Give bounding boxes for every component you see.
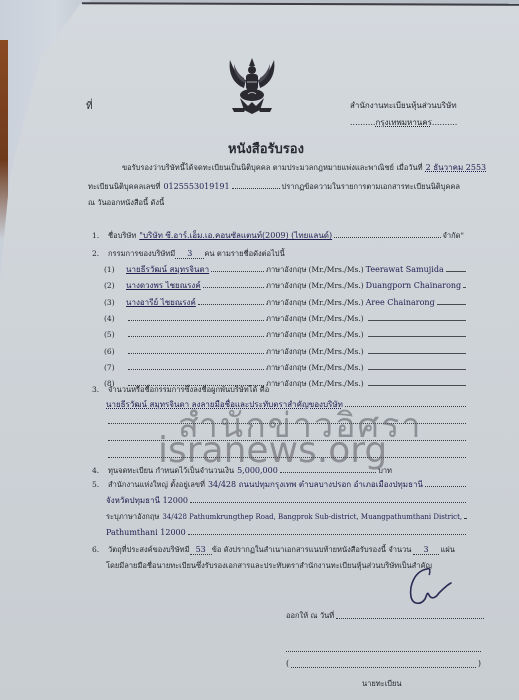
head-office-thai-line-1: 34/428 ถนนปทุมกรุงเทพ ตำบลบางปรอก อำเภอเ… [208, 478, 423, 491]
issued-date-row: ออกให้ ณ วันที่ [286, 610, 486, 622]
director-thai-name: นายธีรวัฒน์ สมุทรจินดา [126, 263, 209, 276]
director-count: 3 [175, 249, 204, 259]
item-company-name: 1. ชื่อบริษัท "บริษัท ซี.อาร์.เอ็ม.เอ.คอ… [92, 229, 464, 242]
intro-line-3: ณ วันออกหนังสือนี้ ดังนี้ [88, 197, 164, 209]
head-office-english-line-2-row: Pathumthani 12000 [106, 526, 468, 537]
issuing-city: ..........กรุงเทพมหานคร.......... [350, 116, 457, 129]
head-office-english-line-1: 34/428 Pathumkrungthep Road, Bangprok Su… [162, 513, 462, 521]
registration-number: 0125553019191 [163, 182, 229, 191]
attachment-pages: 3 [413, 545, 438, 555]
director-row: (2)นางดวงพร ไชยณรงค์ภาษาอังกฤษ(Mr./Mrs./… [104, 279, 468, 292]
registrar-signature [405, 565, 455, 610]
registrar-title: นายทะเบียน [362, 678, 402, 690]
director-row: (1)นายธีรวัฒน์ สมุทรจินดาภาษาอังกฤษ(Mr./… [104, 263, 468, 276]
issuing-office: สำนักงานทะเบียนหุ้นส่วนบริษัท [350, 99, 457, 112]
issuing-city-name: กรุงเทพมหานคร [375, 118, 431, 127]
director-row: (7)ภาษาอังกฤษ(Mr./Mrs./Ms.) [104, 361, 468, 374]
garuda-emblem-icon [222, 50, 282, 118]
registrar-name-blank [291, 659, 476, 668]
signature-line [286, 643, 481, 652]
director-row: (4)ภาษาอังกฤษ(Mr./Mrs./Ms.) [104, 312, 468, 325]
item-head-office: 5. สำนักงานแห่งใหญ่ ตั้งอยู่เลขที่ 34/42… [92, 478, 468, 491]
intro-line-2: ทะเบียนนิติบุคคลเลขที่ 0125553019191 ปรา… [88, 180, 460, 193]
objectives-count: 53 [190, 545, 212, 555]
director-english-name: Teerawat Samujida [366, 265, 444, 274]
certificate-document: ที่ สำนักงานทะเบียนหุ้นส่วนบริษัท ......… [0, 0, 519, 700]
director-thai-name: นางดวงพร ไชยณรงค์ [126, 279, 201, 292]
document-title: หนังสือรับรอง [228, 138, 304, 159]
registrar-name-row: ( ) [286, 659, 481, 668]
item-capital: 4. ทุนจดทะเบียน กำหนดไว้เป็นจำนวนเงิน 5,… [92, 464, 392, 477]
reference-number-label: ที่ [86, 99, 93, 114]
head-office-thai-line-2-row: จังหวัดปทุมธานี 12000 [106, 494, 468, 507]
intro-line-1: ขอรับรองว่าบริษัทนี้ได้จดทะเบียนเป็นนิติ… [122, 161, 462, 174]
head-office-english-row: ระบุภาษาอังกฤษ 34/428 Pathumkrungthep Ro… [106, 510, 468, 523]
director-row: (3)นางอารีย์ ไชยณรงค์ภาษาอังกฤษ(Mr./Mrs.… [104, 296, 468, 309]
director-english-name: Duangporn Chainarong [366, 281, 462, 290]
head-office-thai-line-2: จังหวัดปทุมธานี 12000 [106, 494, 188, 507]
objectives-line-2: โดยมีลายมือชื่อนายทะเบียนซึ่งรับรองเอกสา… [106, 560, 432, 572]
director-english-name: Aree Chainarong [366, 298, 435, 307]
capital-value: 5,000,000 [237, 466, 278, 475]
head-office-english-line-2: Pathumthani 12000 [106, 528, 186, 537]
director-thai-name: นางอารีย์ ไชยณรงค์ [126, 296, 196, 309]
item-signing-authority-header: 3. จำนวนหรือชื่อกรรมการซึ่งลงชื่อผูกพันบ… [92, 384, 269, 396]
registration-date: 2 ธันวาคม 2553 [426, 161, 487, 174]
item-directors-header: 2. กรรมการของบริษัทมี 3 คน ตามรายชื่อดัง… [92, 248, 292, 260]
company-name-value: "บริษัท ซี.อาร์.เอ็ม.เอ.คอนซัลแตนท์(2009… [139, 229, 332, 242]
issued-date-blank [336, 610, 484, 619]
item-objectives: 6. วัตถุที่ประสงค์ของบริษัทมี 53 ข้อ ดัง… [92, 544, 472, 556]
director-row: (5)ภาษาอังกฤษ(Mr./Mrs./Ms.) [104, 328, 468, 341]
director-row: (6)ภาษาอังกฤษ(Mr./Mrs./Ms.) [104, 345, 468, 358]
